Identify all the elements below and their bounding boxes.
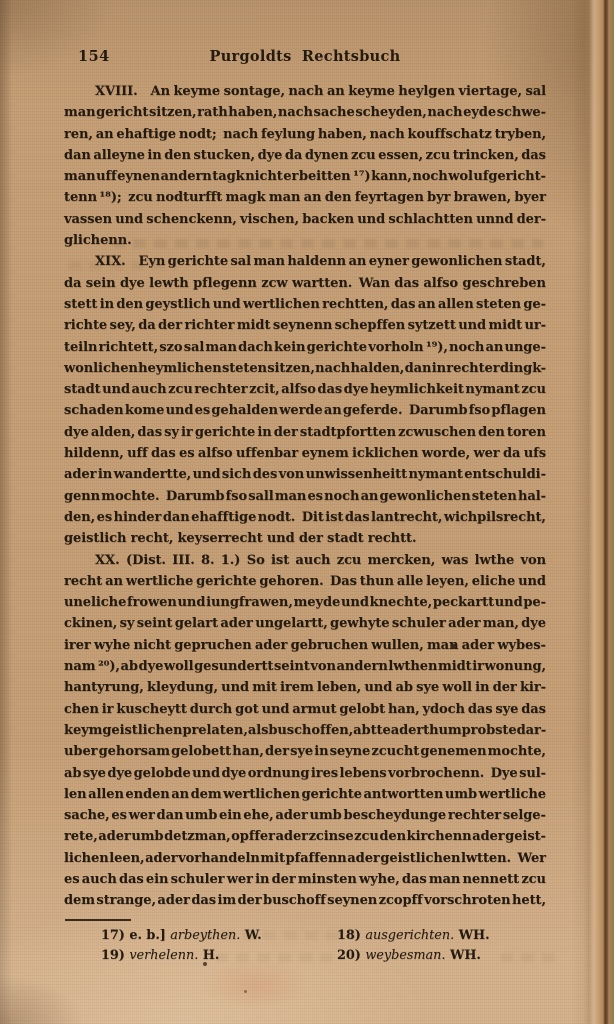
- text-line: absyedyegelobdeunddyeordnungireslebensvo…: [64, 766, 546, 787]
- text-line: dyealden,dassyirgerichteinderstadtpfortt…: [64, 425, 546, 446]
- text-line: schadenkomeundesgehaldenwerdeangeferde. …: [64, 403, 546, 424]
- text-line: sache,eswerdanumbeinehe,aderumbbescheydu…: [64, 808, 546, 829]
- book-page: 154 Purgoldts Rechtsbuch XVIII. Ankeymes…: [0, 0, 614, 1024]
- text-line: stadtundauchzcurechterzcit,alfsodasdyehe…: [64, 382, 546, 403]
- footnotes: 17) e. b.] arbeythen. W.18) ausgerichten…: [64, 919, 546, 969]
- text-line: manuffeynenanderntagknichterbeitten ¹⁷)k…: [64, 169, 546, 190]
- text-line: glichenn.: [64, 233, 546, 254]
- text-line: wonlichenheymlichenstetensitzen,nachhald…: [64, 361, 546, 382]
- text-line: XX. (Dist.III.8.1.) Soistauchzcumercken,…: [64, 553, 546, 574]
- text-line: stettindengeystlichundwertlichenrechtten…: [64, 297, 546, 318]
- text-block: XVIII. Ankeymesontage,nachankeymeheylgen…: [64, 84, 546, 915]
- text-line: hildenn,uffdasesalfsouffenbareynemicklic…: [64, 446, 546, 467]
- text-line: daseindyelewthpflegennzcwwartten. Wandas…: [64, 276, 546, 297]
- running-header: Purgoldts Rechtsbuch: [64, 48, 546, 65]
- text-line: XIX. Eyngerichtesalmanhaldennaneynergewo…: [64, 254, 546, 275]
- footnote-rule: [65, 919, 131, 921]
- footnote: 18) ausgerichten. WH.: [337, 928, 546, 943]
- text-line: tenn ¹⁸); zcunodturfftmagkmanandenfeyrta…: [64, 190, 546, 211]
- text-line: XVIII. Ankeymesontage,nachankeymeheylgen…: [64, 84, 546, 105]
- text-line: lenallenendenandemwertlichengerichteantw…: [64, 787, 546, 808]
- text-line: hantyrung,kleydung,undmitiremleben,undab…: [64, 680, 546, 701]
- ink-speck: [244, 990, 247, 993]
- footnote: 17) e. b.] arbeythen. W.: [64, 928, 337, 943]
- text-line: richtesey,daderrichtermidtseynennschepff…: [64, 318, 546, 339]
- text-line: lichenleen,adervorhandelnmitpfaffennader…: [64, 851, 546, 872]
- text-line: teilnrichtett,szosalmandachkeingerichtev…: [64, 340, 546, 361]
- text-line: ubergehorsamgelobetthan,dersyeinseynezcu…: [64, 744, 546, 765]
- footnote: 19) verhelenn. H.: [64, 948, 337, 963]
- footnote: 20) weybesman. WH.: [337, 948, 546, 963]
- text-line: ckinen,syseintgelartaderungelartt,gewhyt…: [64, 616, 546, 637]
- text-line: irerwyhenichtgepruchenadergebruchenwulle…: [64, 638, 546, 659]
- text-line: demstrange,aderdasimderbuschoffseynenzco…: [64, 893, 546, 914]
- text-line: keymgeistlichenprelaten,alsbuschoffen,ab…: [64, 723, 546, 744]
- text-line: ren,anehaftigenodt; nachfeylunghaben,nac…: [64, 127, 546, 148]
- text-line: rete,aderumbdetzman,opfferaderzcinsezcud…: [64, 829, 546, 850]
- text-line: chenirkuscheyttdurchgotundarmutgelobthan…: [64, 702, 546, 723]
- text-line: danalleyneindenstucken,dyedadynenzcuesse…: [64, 148, 546, 169]
- text-line: gennmochte. Darumbfsosallmanesnochangewo…: [64, 489, 546, 510]
- text-line: rechtanwertlichegerichtegehoren. Dasthun…: [64, 574, 546, 595]
- text-line: mangerichtsitzen,rathhaben,nachsachesche…: [64, 105, 546, 126]
- text-line: vassenundschenckenn,vischen,backenundsch…: [64, 212, 546, 233]
- text-line: aderinwandertte,undsichdesvonunwissenhei…: [64, 467, 546, 488]
- text-line: esauchdaseinschulerwerinderminstenwyhe,d…: [64, 872, 546, 893]
- text-line: unelichefrowenundiungfrawen,meydeundknec…: [64, 595, 546, 616]
- text-line: den,eshinderdanehafftigenodt. Ditistdasl…: [64, 510, 546, 531]
- text-line: nam ²⁰),abdyewollgesunderttseintvonander…: [64, 659, 546, 680]
- page-edge-shadow: [584, 0, 614, 1024]
- text-line: geistlichrecht,keyserrechtundderstadtrec…: [64, 531, 546, 552]
